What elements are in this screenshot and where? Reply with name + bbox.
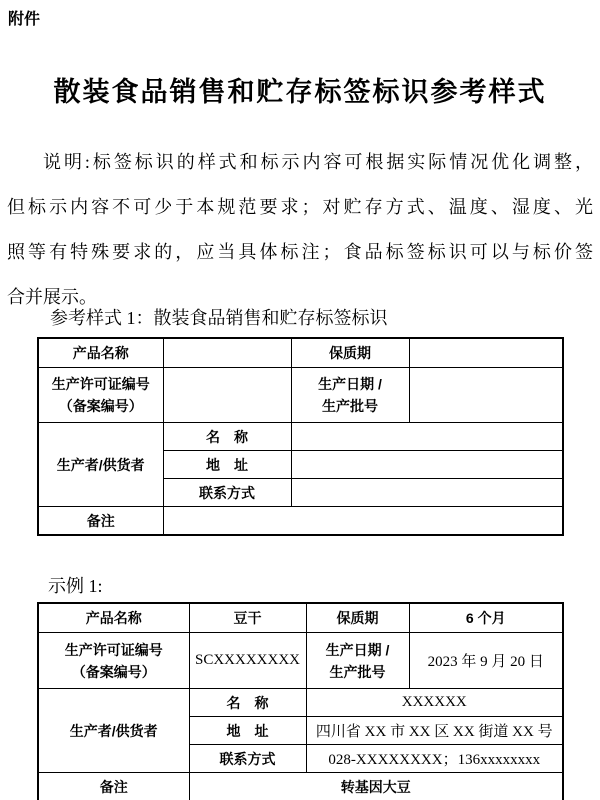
shelf-life-value-cell: 6 个月 — [409, 603, 563, 633]
license-label-line1: 生产许可证编号 — [41, 639, 187, 661]
producer-address-blank-cell — [291, 451, 563, 479]
producer-name-label-cell: 名 称 — [189, 689, 306, 717]
product-name-blank-cell — [163, 338, 291, 368]
product-name-label-cell: 产品名称 — [38, 338, 163, 368]
producer-label-cell: 生产者/供货者 — [38, 423, 163, 507]
page-title: 散装食品销售和贮存标签标识参考样式 — [0, 70, 600, 109]
producer-address-label-cell: 地 址 — [163, 451, 291, 479]
license-label-cell: 生产许可证编号 （备案编号） — [38, 368, 163, 423]
producer-name-value-cell: XXXXXX — [306, 689, 563, 717]
remark-blank-cell — [163, 507, 563, 536]
prod-date-label-line1: 生产日期 / — [294, 373, 407, 395]
license-label-line2: （备案编号） — [41, 395, 161, 417]
prod-date-label-line1: 生产日期 / — [309, 639, 407, 661]
description-line: 说明:标签标识的样式和标示内容可根据实际情况优化调整， — [7, 140, 593, 185]
producer-name-label-cell: 名 称 — [163, 423, 291, 451]
producer-label-cell: 生产者/供货者 — [38, 689, 189, 773]
product-name-value-cell: 豆干 — [189, 603, 306, 633]
example-caption: 示例 1: — [48, 572, 103, 598]
producer-address-label-cell: 地 址 — [189, 717, 306, 745]
shelf-life-label-cell: 保质期 — [306, 603, 409, 633]
producer-address-value-cell: 四川省 XX 市 XX 区 XX 街道 XX 号 — [306, 717, 563, 745]
prod-date-label-line2: 生产批号 — [294, 395, 407, 417]
license-label-line2: （备案编号） — [41, 661, 187, 683]
license-label-cell: 生产许可证编号 （备案编号） — [38, 633, 189, 689]
license-label-line1: 生产许可证编号 — [41, 373, 161, 395]
description-line: 照等有特殊要求的，应当具体标注；食品标签标识可以与标价签 — [7, 230, 593, 275]
producer-contact-value-cell: 028-XXXXXXXX；136xxxxxxxx — [306, 745, 563, 773]
example-label-table: 产品名称 豆干 保质期 6 个月 生产许可证编号 （备案编号） SCXXXXXX… — [37, 602, 564, 800]
description-paragraph: 说明:标签标识的样式和标示内容可根据实际情况优化调整， 但标示内容不可少于本规范… — [7, 140, 593, 320]
prod-date-value-cell: 2023 年 9 月 20 日 — [409, 633, 563, 689]
producer-contact-blank-cell — [291, 479, 563, 507]
description-line: 但标示内容不可少于本规范要求；对贮存方式、温度、湿度、光 — [7, 185, 593, 230]
license-blank-cell — [163, 368, 291, 423]
remark-label-cell: 备注 — [38, 773, 189, 800]
reference-label-table: 产品名称 保质期 生产许可证编号 （备案编号） 生产日期 / 生产批号 生产者/… — [37, 337, 564, 536]
remark-value-cell: 转基因大豆 — [189, 773, 563, 800]
producer-contact-label-cell: 联系方式 — [163, 479, 291, 507]
prod-date-label-line2: 生产批号 — [309, 661, 407, 683]
license-value-cell: SCXXXXXXXX — [189, 633, 306, 689]
shelf-life-blank-cell — [409, 338, 563, 368]
attachment-label: 附件 — [8, 6, 40, 29]
remark-label-cell: 备注 — [38, 507, 163, 536]
producer-contact-label-cell: 联系方式 — [189, 745, 306, 773]
reference-sample-caption: 参考样式 1：散装食品销售和贮存标签标识 — [50, 304, 388, 330]
prod-date-label-cell: 生产日期 / 生产批号 — [291, 368, 409, 423]
prod-date-blank-cell — [409, 368, 563, 423]
prod-date-label-cell: 生产日期 / 生产批号 — [306, 633, 409, 689]
shelf-life-label-cell: 保质期 — [291, 338, 409, 368]
product-name-label-cell: 产品名称 — [38, 603, 189, 633]
producer-name-blank-cell — [291, 423, 563, 451]
